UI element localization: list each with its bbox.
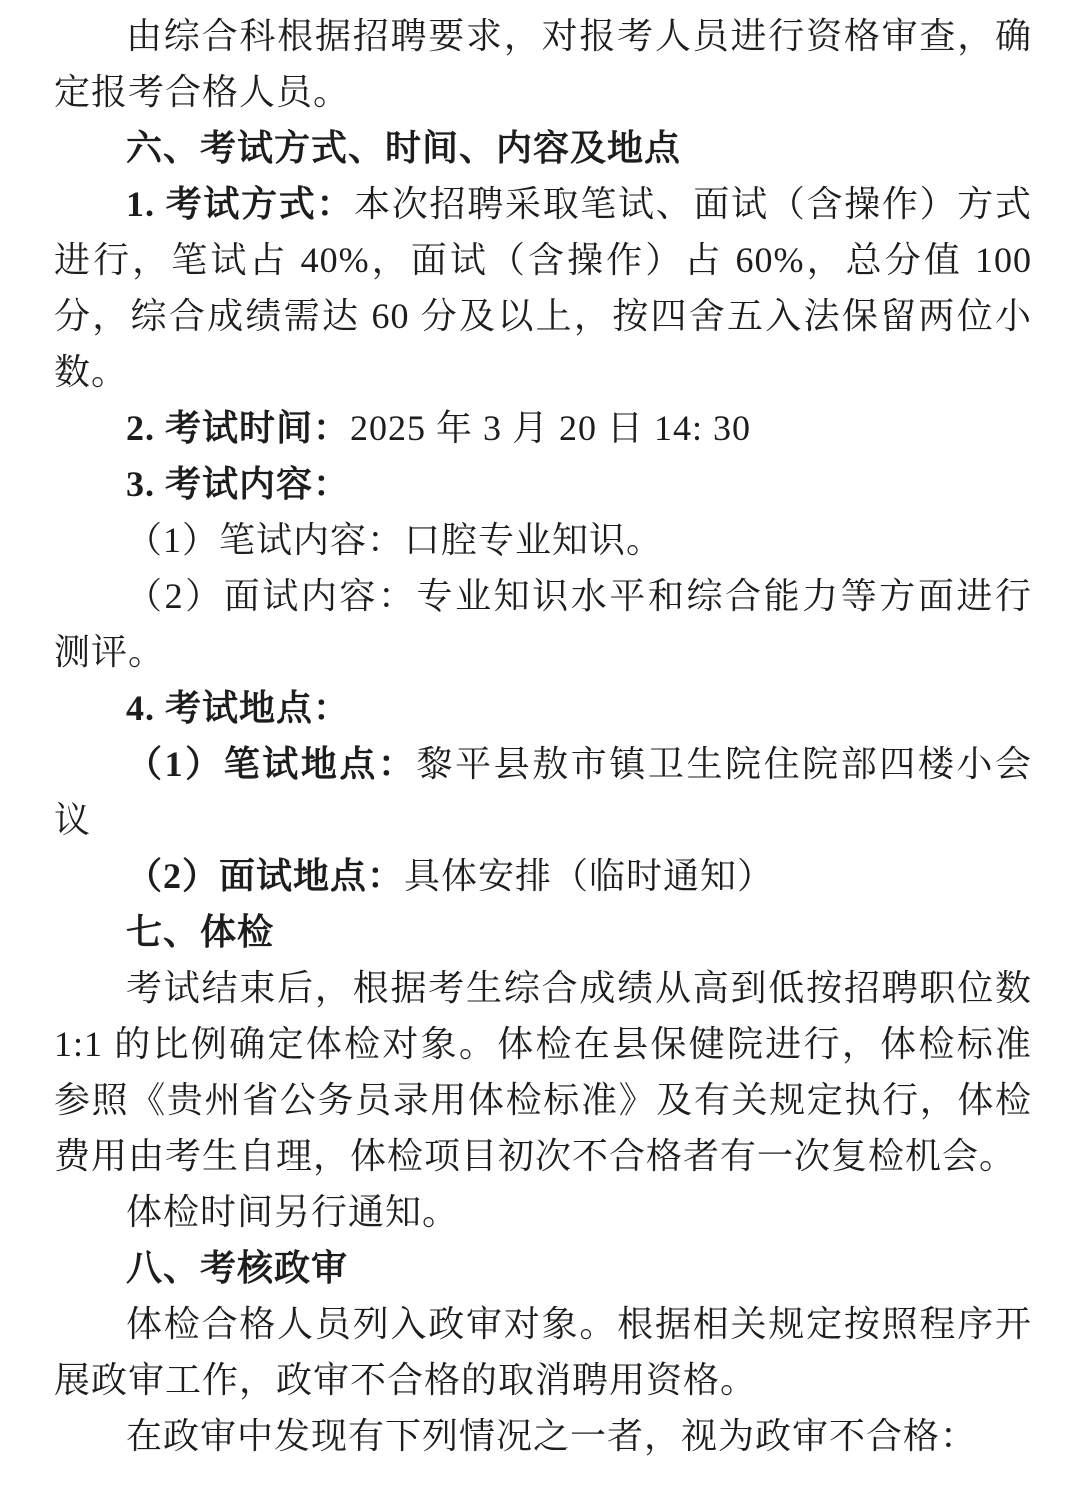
paragraph-qualification-review: 由综合科根据招聘要求，对报考人员进行资格审查，确定报考合格人员。 xyxy=(54,8,1032,120)
heading-section-eight: 八、考核政审 xyxy=(54,1240,1032,1296)
paragraph-political-review: 体检合格人员列入政审对象。根据相关规定按照程序开展政审工作，政审不合格的取消聘用… xyxy=(54,1296,1032,1408)
written-location-label: （1）笔试地点： xyxy=(126,744,417,784)
paragraph-interview-location: （2）面试地点：具体安排（临时通知） xyxy=(54,848,1032,904)
paragraph-exam-method: 1. 考试方式：本次招聘采取笔试、面试（含操作）方式进行，笔试占 40%，面试（… xyxy=(54,176,1032,400)
exam-time-value: 2025 年 3 月 20 日 14: 30 xyxy=(350,408,751,448)
paragraph-political-review-fail: 在政审中发现有下列情况之一者，视为政审不合格： xyxy=(54,1408,1032,1464)
heading-section-six: 六、考试方式、时间、内容及地点 xyxy=(54,120,1032,176)
exam-method-label: 1. 考试方式： xyxy=(126,184,354,224)
document-page: 由综合科根据招聘要求，对报考人员进行资格审查，确定报考合格人员。 六、考试方式、… xyxy=(0,0,1080,1488)
paragraph-physical-exam-time: 体检时间另行通知。 xyxy=(54,1184,1032,1240)
paragraph-exam-location: 4. 考试地点： xyxy=(54,680,1032,736)
exam-location-label: 4. 考试地点： xyxy=(126,688,350,728)
exam-content-label: 3. 考试内容： xyxy=(126,464,350,504)
heading-section-seven: 七、体检 xyxy=(54,904,1032,960)
paragraph-physical-exam: 考试结束后，根据考生综合成绩从高到低按招聘职位数 1:1 的比例确定体检对象。体… xyxy=(54,960,1032,1184)
paragraph-exam-time: 2. 考试时间：2025 年 3 月 20 日 14: 30 xyxy=(54,400,1032,456)
exam-time-label: 2. 考试时间： xyxy=(126,408,350,448)
interview-location-label: （2）面试地点： xyxy=(126,856,404,896)
interview-location-text: 具体安排（临时通知） xyxy=(404,856,774,896)
paragraph-written-location: （1）笔试地点：黎平县敖市镇卫生院住院部四楼小会议 xyxy=(54,736,1032,848)
paragraph-written-content: （1）笔试内容：口腔专业知识。 xyxy=(54,512,1032,568)
paragraph-interview-content: （2）面试内容：专业知识水平和综合能力等方面进行测评。 xyxy=(54,568,1032,680)
paragraph-exam-content: 3. 考试内容： xyxy=(54,456,1032,512)
